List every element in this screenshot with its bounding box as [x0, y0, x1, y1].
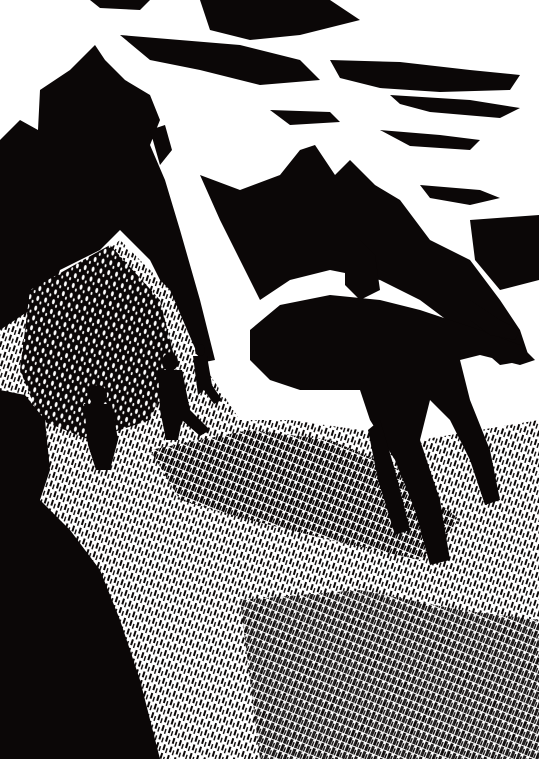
textured-ground-lower	[240, 590, 539, 759]
photograph	[0, 0, 539, 759]
